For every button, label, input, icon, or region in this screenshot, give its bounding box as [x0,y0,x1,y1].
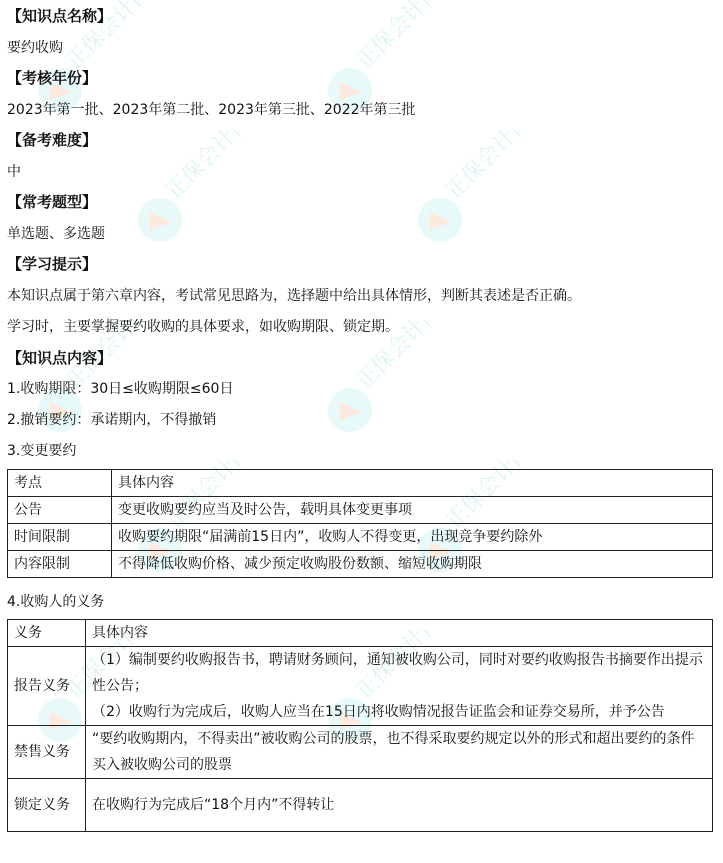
table-cell-content: 在收购行为完成后“18个月内”不得转让 [86,779,713,832]
table-cell-content: 不得降低收购价格、减少预定收购股份数额、缩短收购期限 [112,551,713,578]
table-cell-label: 时间限制 [8,524,112,551]
duty-line: （2）收购行为完成后，收购人应当在15日内将收购情况报告证监会和证券交易所，并予… [92,699,706,725]
svg-text:正保会计网校: 正保会计网校 [442,130,550,204]
watermark-logo-icon: 正保会计网校 [400,130,550,260]
content-item-3: 3.变更要约 [7,441,76,461]
table-header-cell: 义务 [8,620,86,647]
knowledge-point-name: 要约收购 [7,38,63,58]
question-types: 单选题、多选题 [7,224,105,244]
table-header-row: 义务 具体内容 [8,620,713,647]
watermark-logo-icon: 正保会计网校 [310,320,460,450]
acquirer-duty-table: 义务 具体内容 报告义务 （1）编制要约收购报告书，聘请财务顾问，通知被收购公司… [7,619,713,832]
watermark-logo-icon: 正保会计网校 [120,130,270,260]
change-offer-table: 考点 具体内容 公告 变更收购要约应当及时公告，载明具体变更事项 时间限制 收购… [7,469,713,578]
section-heading-name: 【知识点名称】 [7,6,112,26]
section-heading-question-types: 【常考题型】 [7,192,97,212]
section-heading-difficulty: 【备考难度】 [7,130,97,150]
table-cell-label: 锁定义务 [8,779,86,832]
table-row: 内容限制 不得降低收购价格、减少预定收购股份数额、缩短收购期限 [8,551,713,578]
section-heading-content: 【知识点内容】 [7,348,112,368]
table-cell-content: “要约收购期内，不得卖出”被收购公司的股票，也不得采取要约规定以外的形式和超出要… [86,726,713,779]
tips-line-1: 本知识点属于第六章内容，考试常见思路为，选择题中给出具体情形，判断其表述是否正确… [7,286,581,306]
table-cell-content: （1）编制要约收购报告书，聘请财务顾问，通知被收购公司，同时对要约收购报告书摘要… [86,647,713,726]
table-cell-label: 报告义务 [8,647,86,726]
table-header-cell: 具体内容 [86,620,713,647]
table-cell-label: 禁售义务 [8,726,86,779]
table-cell-label: 内容限制 [8,551,112,578]
exam-years: 2023年第一批、2023年第二批、2023年第三批、2022年第三批 [7,100,416,120]
table-row: 时间限制 收购要约期限“届满前15日内”，收购人不得变更，出现竞争要约除外 [8,524,713,551]
table-cell-content: 变更收购要约应当及时公告，载明具体变更事项 [112,497,713,524]
tips-line-2: 学习时，主要掌握要约收购的具体要求，如收购期限、锁定期。 [7,317,399,337]
table-row: 禁售义务 “要约收购期内，不得卖出”被收购公司的股票，也不得采取要约规定以外的形… [8,726,713,779]
table-header-cell: 考点 [8,470,112,497]
section-heading-tips: 【学习提示】 [7,254,97,274]
duty-line: （1）编制要约收购报告书，聘请财务顾问，通知被收购公司，同时对要约收购报告书摘要… [92,647,706,699]
table-cell-content: 收购要约期限“届满前15日内”，收购人不得变更，出现竞争要约除外 [112,524,713,551]
section-heading-years: 【考核年份】 [7,68,97,88]
table-row: 锁定义务 在收购行为完成后“18个月内”不得转让 [8,779,713,832]
table-header-cell: 具体内容 [112,470,713,497]
content-item-4: 4.收购人的义务 [7,592,104,612]
table-row: 报告义务 （1）编制要约收购报告书，聘请财务顾问，通知被收购公司，同时对要约收购… [8,647,713,726]
content-item-1: 1.收购期限：30日≤收购期限≤60日 [7,379,233,399]
content-item-2: 2.撤销要约：承诺期内，不得撤销 [7,410,216,430]
table-cell-label: 公告 [8,497,112,524]
svg-text:正保会计网校: 正保会计网校 [352,0,460,74]
table-header-row: 考点 具体内容 [8,470,713,497]
table-row: 公告 变更收购要约应当及时公告，载明具体变更事项 [8,497,713,524]
svg-text:正保会计网校: 正保会计网校 [162,130,270,204]
difficulty-value: 中 [7,162,21,182]
